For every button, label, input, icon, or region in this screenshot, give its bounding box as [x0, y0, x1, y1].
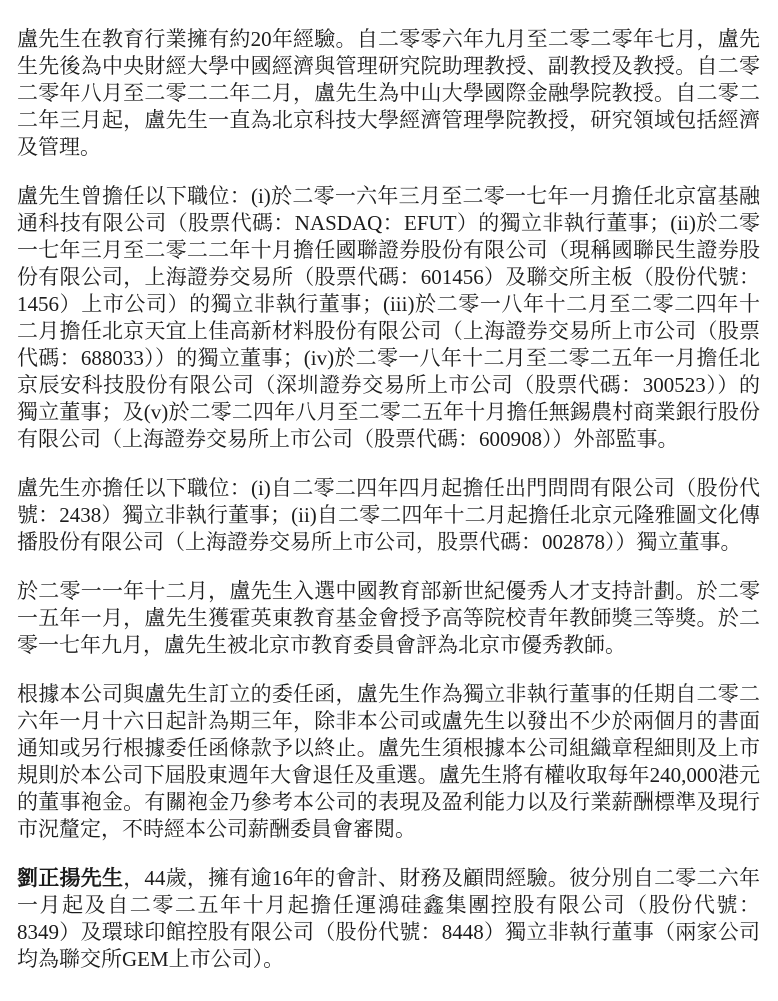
bio-paragraph-appointment-terms: 根據本公司與盧先生訂立的委任函，盧先生作為獨立非執行董事的任期自二零二六年一月十… — [17, 681, 760, 843]
director-name-bold: 劉正揚先生 — [17, 866, 123, 890]
liu-bio-text: ，44歲，擁有逾16年的會計、財務及顧問經驗。彼分別自二零二六年一月起及自二零二… — [17, 866, 760, 971]
document-body: 盧先生在教育行業擁有約20年經驗。自二零零六年九月至二零二零年七月，盧先生先後為… — [17, 26, 760, 973]
bio-paragraph-past-positions: 盧先生曾擔任以下職位：(i)於二零一六年三月至二零一七年一月擔任北京富基融通科技… — [17, 183, 760, 453]
bio-paragraph-education: 盧先生在教育行業擁有約20年經驗。自二零零六年九月至二零二零年七月，盧先生先後為… — [17, 26, 760, 161]
bio-paragraph-liu-zhengyang: 劉正揚先生，44歲，擁有逾16年的會計、財務及顧問經驗。彼分別自二零二六年一月起… — [17, 865, 760, 973]
bio-paragraph-awards: 於二零一一年十二月，盧先生入選中國教育部新世紀優秀人才支持計劃。於二零一五年一月… — [17, 578, 760, 659]
bio-paragraph-current-positions: 盧先生亦擔任以下職位：(i)自二零二四年四月起擔任出門問問有限公司（股份代號：2… — [17, 475, 760, 556]
document-page: 盧先生在教育行業擁有約20年經驗。自二零零六年九月至二零二零年七月，盧先生先後為… — [0, 0, 778, 1001]
